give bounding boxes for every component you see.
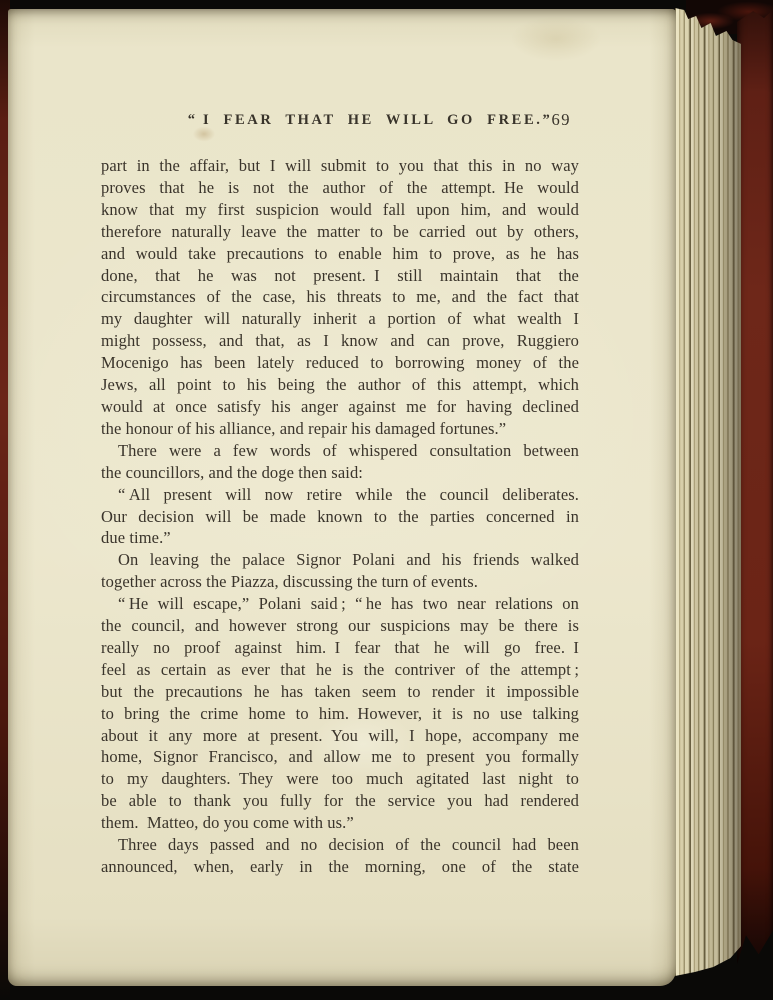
- text-line: “ All present will now retire while the …: [101, 484, 579, 506]
- text-line: my daughter will naturally inherit a por…: [101, 308, 579, 330]
- text-line: would at once satisfy his anger against …: [101, 396, 579, 418]
- running-header: “ I FEAR THAT HE WILL GO FREE.” 69: [101, 109, 579, 131]
- text-line: Our decision will be made known to the p…: [101, 506, 579, 528]
- page-content: “ I FEAR THAT HE WILL GO FREE.” 69 part …: [101, 9, 579, 878]
- text-line: Three days passed and no decision of the…: [101, 834, 579, 856]
- text-line: home, Signor Francisco, and allow me to …: [101, 746, 579, 768]
- text-line: Mocenigo has been lately reduced to borr…: [101, 352, 579, 374]
- text-line: and would take precautions to enable him…: [101, 243, 579, 265]
- text-lines: part in the affair, but I will submit to…: [101, 155, 579, 878]
- text-line: proves that he is not the author of the …: [101, 177, 579, 199]
- text-line: There were a few words of whispered cons…: [101, 440, 579, 462]
- text-line: circumstances of the case, his threats t…: [101, 286, 579, 308]
- book-cover-right: [737, 6, 773, 964]
- running-header-title: “ I FEAR THAT HE WILL GO FREE.”: [188, 109, 553, 131]
- text-line: together across the Piazza, discussing t…: [101, 571, 579, 593]
- book-page: “ I FEAR THAT HE WILL GO FREE.” 69 part …: [8, 9, 676, 986]
- text-line: therefore naturally leave the matter to …: [101, 221, 579, 243]
- text-line: them. Matteo, do you come with us.”: [101, 812, 579, 834]
- text-line: “ He will escape,” Polani said ; “ he ha…: [101, 593, 579, 615]
- text-line: On leaving the palace Signor Polani and …: [101, 549, 579, 571]
- text-line: about it any more at present. You will, …: [101, 725, 579, 747]
- text-line: really no proof against him. I fear that…: [101, 637, 579, 659]
- text-line: part in the affair, but I will submit to…: [101, 155, 579, 177]
- text-line: announced, when, early in the morning, o…: [101, 856, 579, 878]
- text-line: feel as certain as ever that he is the c…: [101, 659, 579, 681]
- book-scan: “ I FEAR THAT HE WILL GO FREE.” 69 part …: [0, 0, 773, 1000]
- text-line: Jews, all point to his being the author …: [101, 374, 579, 396]
- text-line: to my daughters. They were too much agit…: [101, 768, 579, 790]
- page-number: 69: [552, 109, 572, 131]
- text-line: be able to thank you fully for the servi…: [101, 790, 579, 812]
- text-line: the honour of his alliance, and repair h…: [101, 418, 579, 440]
- text-line: done, that he was not present. I still m…: [101, 265, 579, 287]
- text-line: know that my first suspicion would fall …: [101, 199, 579, 221]
- fore-edge-pages: [675, 4, 741, 978]
- text-line: might possess, and that, as I know and c…: [101, 330, 579, 352]
- text-line: due time.”: [101, 527, 579, 549]
- text-line: the councillors, and the doge then said:: [101, 462, 579, 484]
- text-line: the council, and however strong our susp…: [101, 615, 579, 637]
- text-line: but the precautions he has taken seem to…: [101, 681, 579, 703]
- text-line: to bring the crime home to him. However,…: [101, 703, 579, 725]
